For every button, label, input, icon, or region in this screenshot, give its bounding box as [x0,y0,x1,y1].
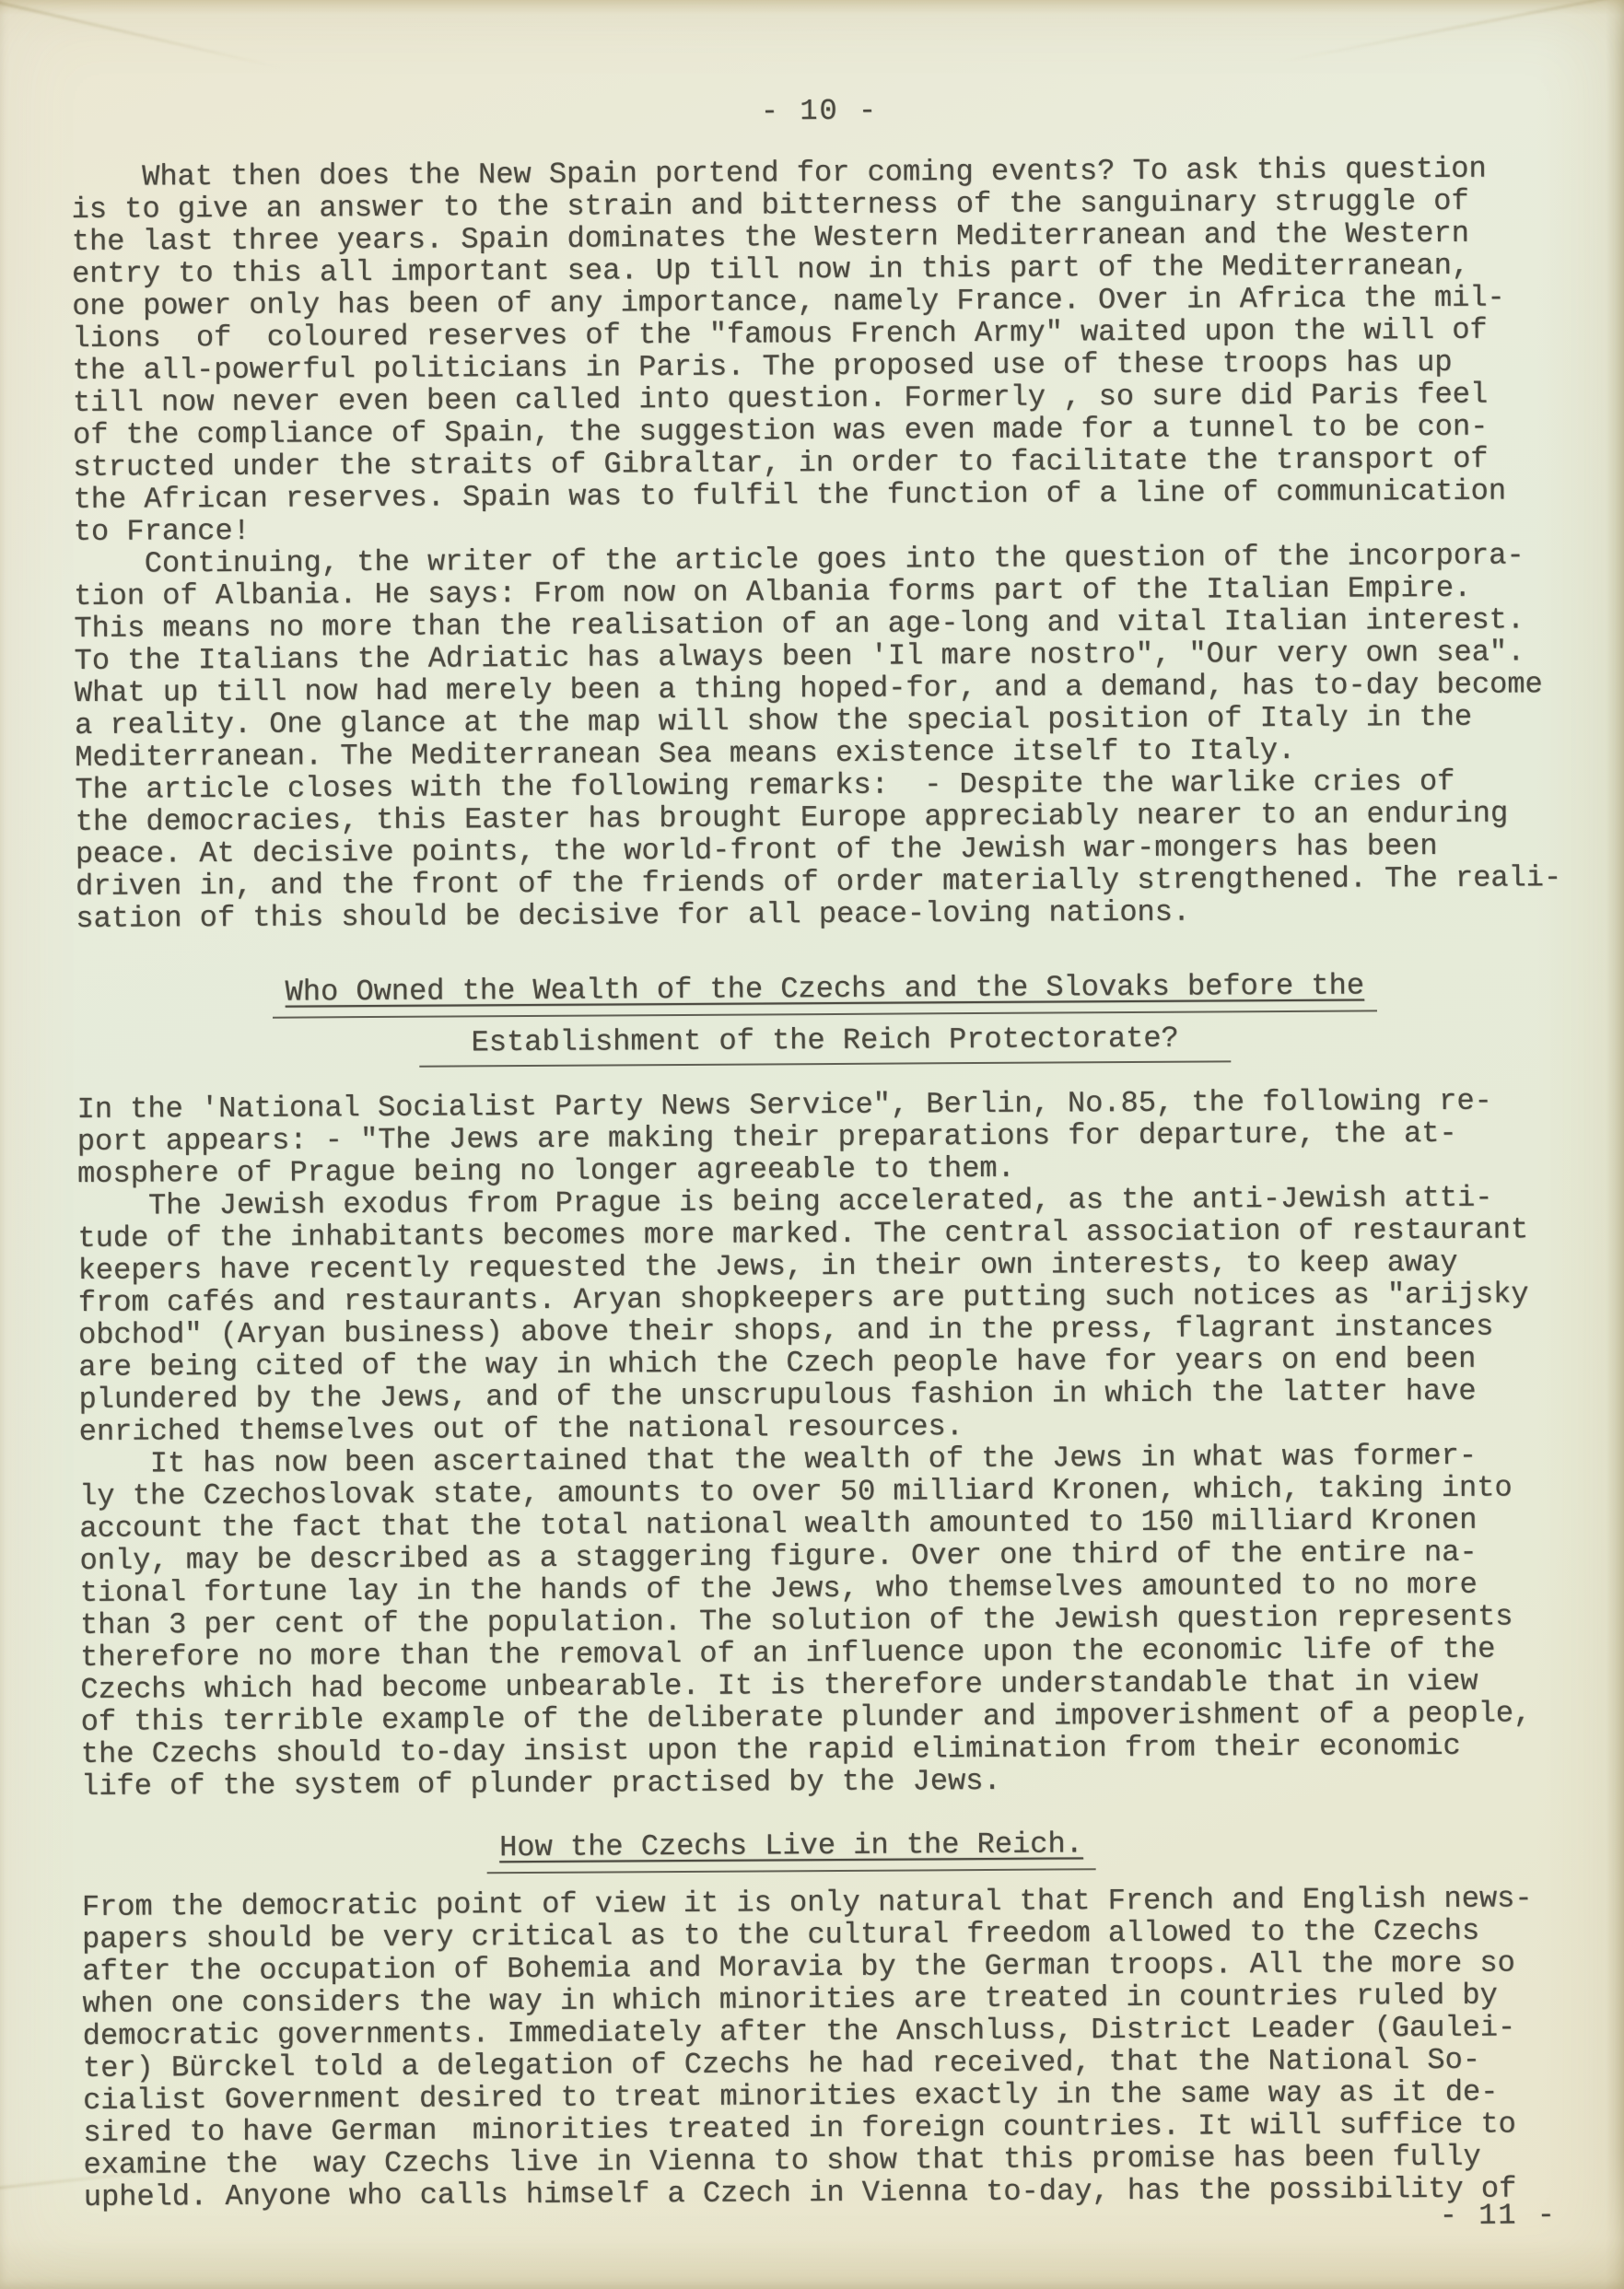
section-heading-wealth-line1: Who Owned the Wealth of the Czechs and t… [76,968,1573,1020]
article-spain-albania-text: What then does the New Spain portend for… [71,152,1572,935]
page-number-header: - 10 - [71,90,1568,132]
section-czechs-reich-text: From the democratic point of view it is … [82,1882,1581,2213]
scanned-document-page: - 10 - What then does the New Spain port… [0,0,1624,2289]
section-heading-wealth-line2: Establishment of the Reich Protectorate? [76,1020,1573,1069]
paper-crease-top-left [0,0,282,69]
section-heading-czechs-reich: How the Czechs Live in the Reich. [42,1825,1539,1876]
heading-czechs-reich-text: How the Czechs Live in the Reich. [486,1828,1096,1874]
typed-content: - 10 - What then does the New Spain port… [71,90,1581,2240]
heading-wealth-line1-text: Who Owned the Wealth of the Czechs and t… [273,969,1378,1018]
section-wealth-text: In the 'National Socialist Party News Se… [76,1084,1578,1803]
paper-crease-top-right [1278,0,1624,64]
heading-wealth-line2-text: Establishment of the Reich Protectorate? [419,1022,1230,1067]
